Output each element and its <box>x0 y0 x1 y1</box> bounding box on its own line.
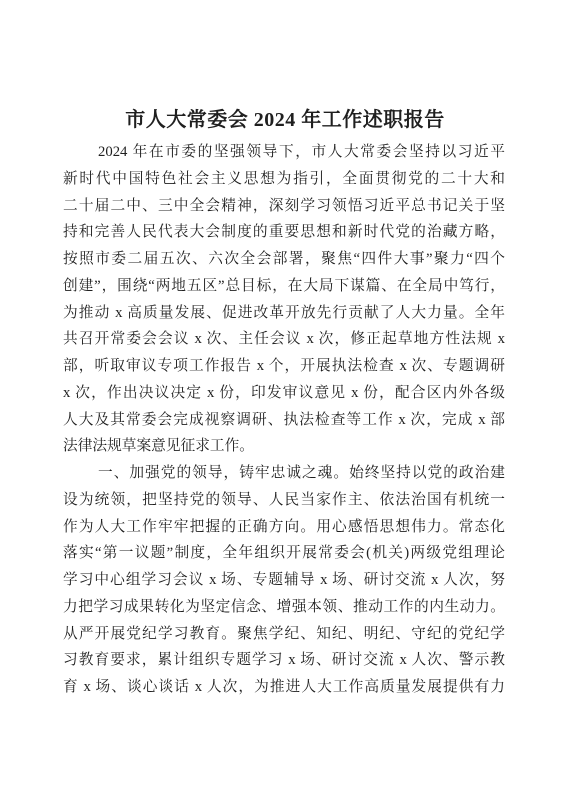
text-line: 一、加强党的领导，铸牢忠诚之魂。始终坚持以党的政治建 <box>63 460 505 487</box>
text-line: x 次，作出决议决定 x 份，印发审议意见 x 份，配合区内外各级 <box>63 380 505 407</box>
text-line: 从严开展党纪学习教育。聚焦学纪、知纪、明纪、守纪的党纪学 <box>63 621 505 648</box>
document-page: 市人大常委会 2024 年工作述职报告 2024 年在市委的坚强领导下，市人大常… <box>0 0 570 807</box>
document-body: 2024 年在市委的坚强领导下，市人大常委会坚持以习近平新时代中国特色社会主义思… <box>63 139 505 701</box>
text-line: 习教育要求，累计组织专题学习 x 场、研讨交流 x 人次、警示教 <box>63 647 505 674</box>
text-line: 力把学习成果转化为坚定信念、增强本领、推动工作的内生动力。 <box>63 594 505 621</box>
text-line: 二十届二中、三中全会精神，深刻学习领悟习近平总书记关于坚 <box>63 193 505 220</box>
text-line: 人大及其常委会完成视察调研、执法检查等工作 x 次，完成 x 部 <box>63 407 505 434</box>
document-title: 市人大常委会 2024 年工作述职报告 <box>0 105 570 135</box>
text-line: 为推动 x 高质量发展、促进改革开放先行贡献了人大力量。全年 <box>63 300 505 327</box>
text-line: 持和完善人民代表大会制度的重要思想和新时代党的治藏方略， <box>63 219 505 246</box>
text-line: 按照市委二届五次、六次全会部署，聚焦“四件大事”聚力“四个 <box>63 246 505 273</box>
text-line: 设为统领，把坚持党的领导、人民当家作主、依法治国有机统一 <box>63 487 505 514</box>
text-line: 部，听取审议专项工作报告 x 个，开展执法检查 x 次、专题调研 <box>63 353 505 380</box>
text-line: 创建”，围绕“两地五区”总目标，在大局下谋篇、在全局中笃行， <box>63 273 505 300</box>
text-line: 育 x 场、谈心谈话 x 人次，为推进人大工作高质量发展提供有力 <box>63 674 505 701</box>
paragraph: 2024 年在市委的坚强领导下，市人大常委会坚持以习近平新时代中国特色社会主义思… <box>63 139 505 460</box>
text-line: 落实“第一议题”制度，全年组织开展常委会(机关)两级党组理论 <box>63 540 505 567</box>
text-line: 新时代中国特色社会主义思想为指引，全面贯彻党的二十大和 <box>63 166 505 193</box>
text-line: 作为人大工作牢牢把握的正确方向。用心感悟思想伟力。常态化 <box>63 514 505 541</box>
text-line: 学习中心组学习会议 x 场、专题辅导 x 场、研讨交流 x 人次，努 <box>63 567 505 594</box>
text-line: 共召开常委会会议 x 次、主任会议 x 次，修正起草地方性法规 x <box>63 326 505 353</box>
text-line: 2024 年在市委的坚强领导下，市人大常委会坚持以习近平 <box>63 139 505 166</box>
paragraph: 一、加强党的领导，铸牢忠诚之魂。始终坚持以党的政治建设为统领，把坚持党的领导、人… <box>63 460 505 701</box>
text-line: 法律法规草案意见征求工作。 <box>63 433 505 460</box>
